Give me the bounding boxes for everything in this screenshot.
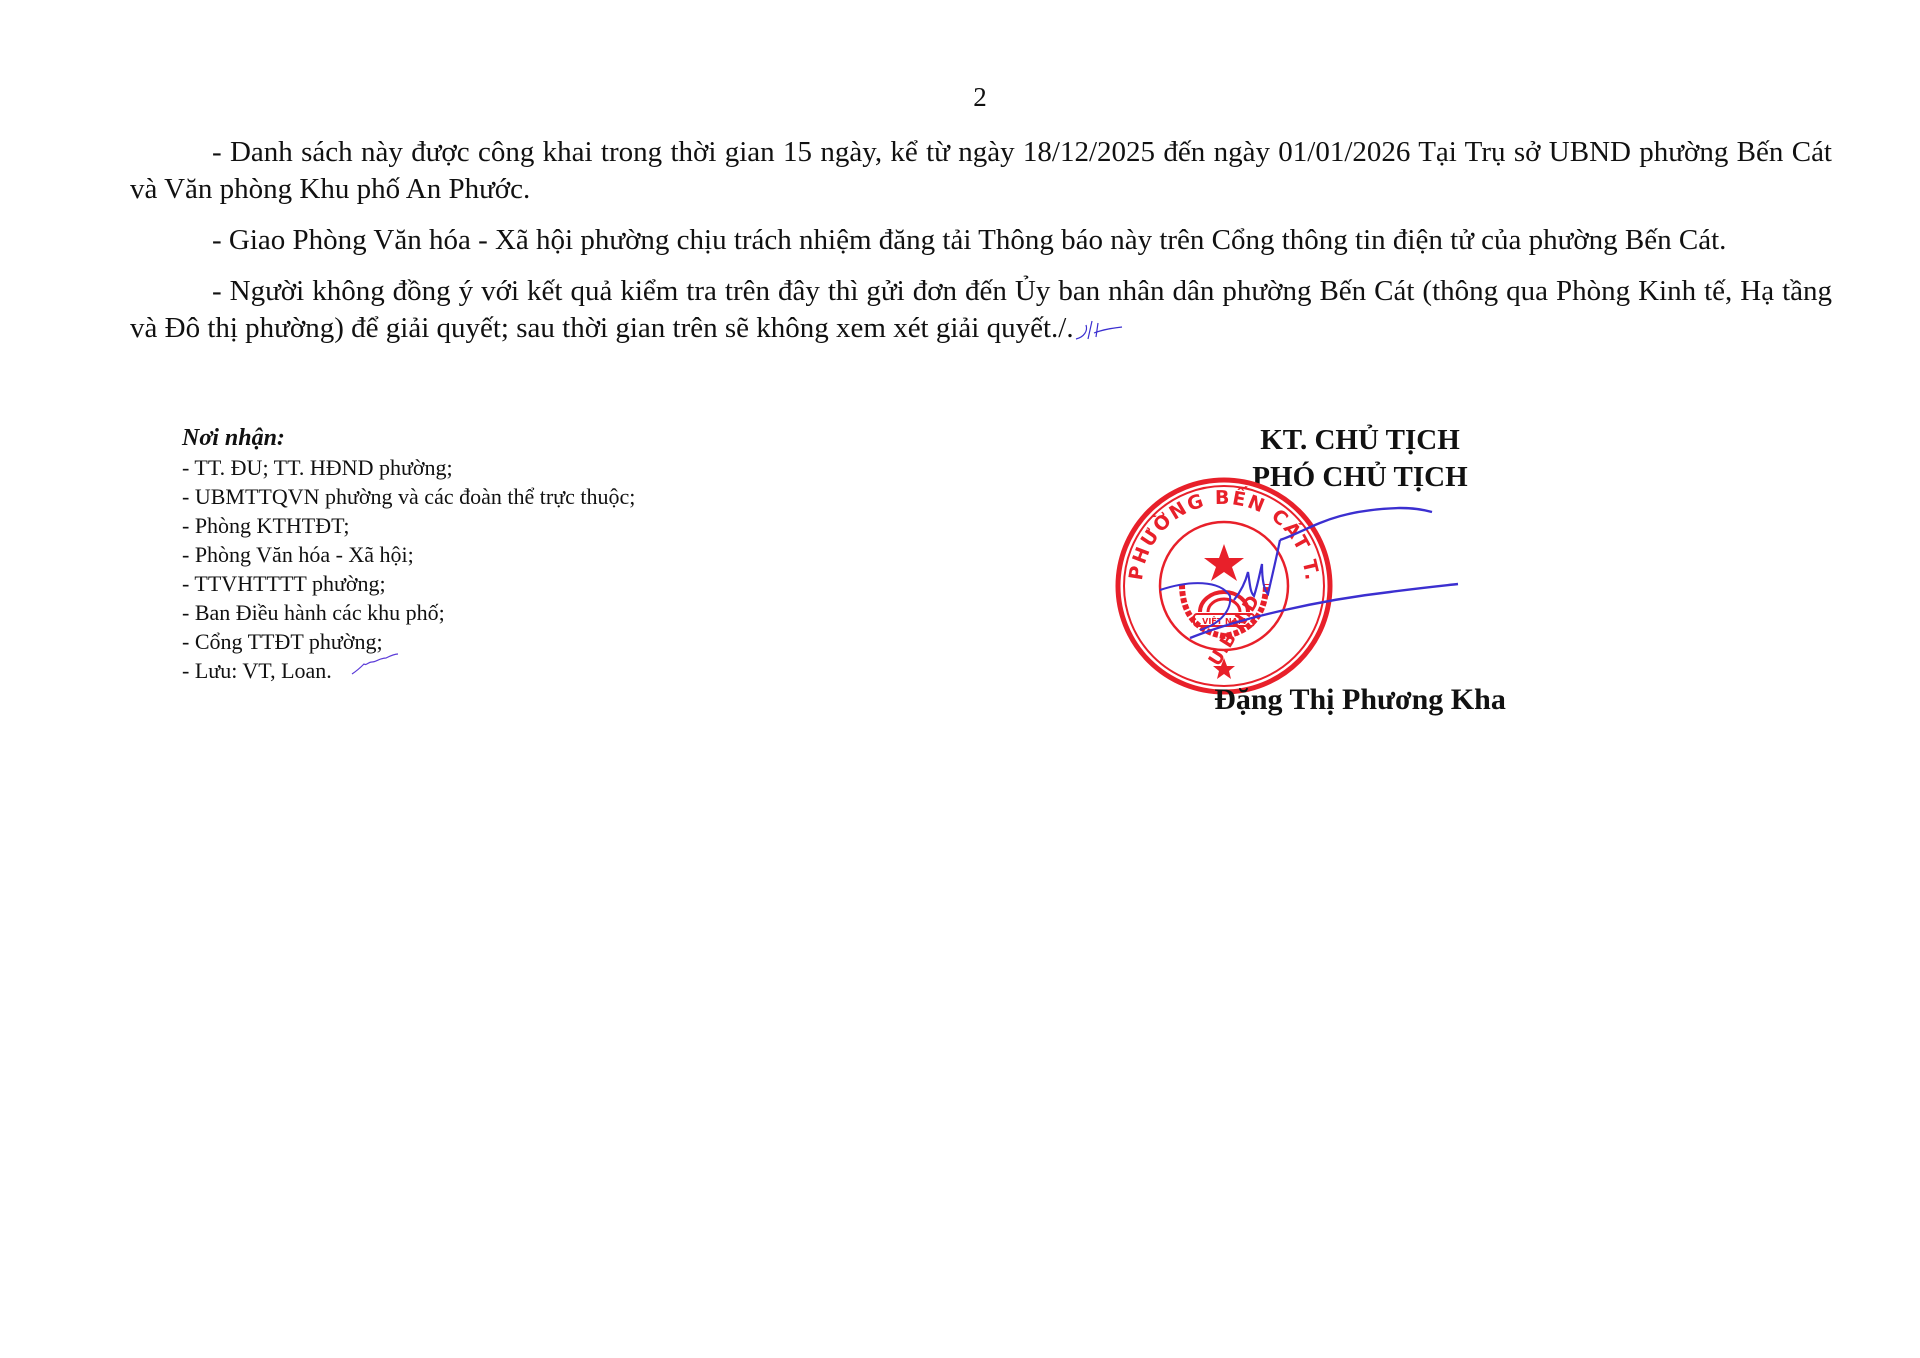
handwritten-signature-icon xyxy=(1150,500,1510,670)
list-item: - Phòng KTHTĐT; xyxy=(182,511,635,540)
list-item: - Cổng TTĐT phường; xyxy=(182,627,635,656)
notice-body: - Danh sách này được công khai trong thờ… xyxy=(130,134,1832,361)
list-item: - UBMTTQVN phường và các đoàn thể trực t… xyxy=(182,482,635,511)
recipients-list: Nơi nhận: - TT. ĐU; TT. HĐND phường; - U… xyxy=(182,424,635,685)
paragraph-posting-responsibility: - Giao Phòng Văn hóa - Xã hội phường chị… xyxy=(130,222,1832,259)
page-number: 2 xyxy=(0,82,1920,113)
list-item: - TT. ĐU; TT. HĐND phường; xyxy=(182,453,635,482)
initial-mark-icon xyxy=(1074,319,1124,341)
signature-title-line1: KT. CHỦ TỊCH xyxy=(1180,422,1540,459)
list-item: - Phòng Văn hóa - Xã hội; xyxy=(182,540,635,569)
paragraph-complaints: - Người không đồng ý với kết quả kiểm tr… xyxy=(130,273,1832,347)
list-item: - Ban Điều hành các khu phố; xyxy=(182,598,635,627)
paragraph-publication-period: - Danh sách này được công khai trong thờ… xyxy=(130,134,1832,208)
initial-mark-icon xyxy=(350,652,400,676)
list-item: - TTVHTTTT phường; xyxy=(182,569,635,598)
recipients-title: Nơi nhận: xyxy=(182,424,635,453)
signer-name: Đặng Thị Phương Kha xyxy=(1170,683,1550,717)
recipients-items: - TT. ĐU; TT. HĐND phường; - UBMTTQVN ph… xyxy=(182,453,635,685)
list-item: - Lưu: VT, Loan. xyxy=(182,656,635,685)
